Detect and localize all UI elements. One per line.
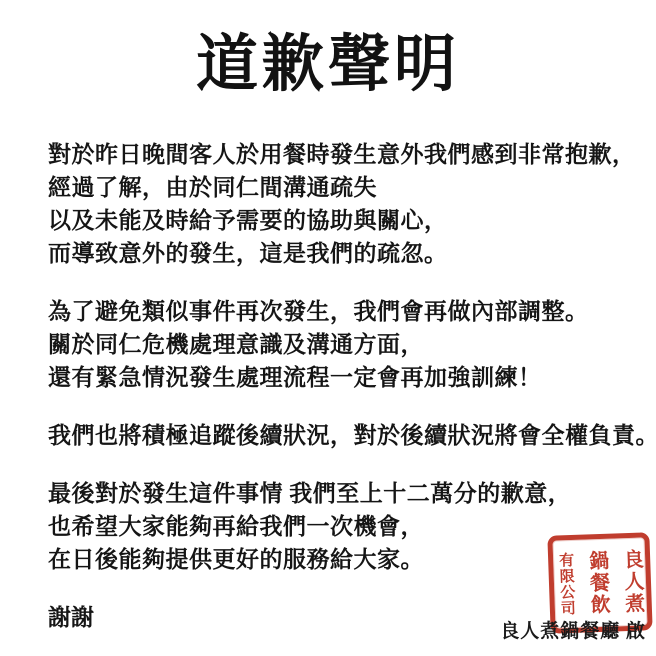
text-line: 對於昨日晚間客人於用餐時發生意外我們感到非常抱歉， — [48, 138, 636, 171]
page-title: 道歉聲明 — [0, 30, 656, 101]
text-line: 還有緊急情況發生處理流程一定會再加強訓練！ — [48, 361, 636, 394]
seal-column-right: 良人煮 — [621, 549, 643, 616]
paragraph-incident: 對於昨日晚間客人於用餐時發生意外我們感到非常抱歉， 經過了解，由於同仁間溝通疏失… — [48, 138, 636, 270]
text-line: 我們也將積極追蹤後續狀況，對於後續狀況將會全權負責。 — [48, 419, 636, 452]
paragraph-measures: 為了避免類似事件再次發生，我們會再做內部調整。 關於同仁危機處理意識及溝通方面，… — [48, 295, 636, 394]
seal-column-middle: 鍋餐飲 — [586, 550, 608, 617]
signature-restaurant: 良人煮鍋餐廳 啟 — [500, 616, 646, 643]
apology-statement-page: 道歉聲明 對於昨日晚間客人於用餐時發生意外我們感到非常抱歉， 經過了解，由於同仁… — [0, 0, 656, 656]
statement-body: 對於昨日晚間客人於用餐時發生意外我們感到非常抱歉， 經過了解，由於同仁間溝通疏失… — [48, 138, 636, 656]
text-line: 以及未能及時給予需要的協助與關心， — [48, 204, 636, 237]
text-line: 為了避免類似事件再次發生，我們會再做內部調整。 — [48, 295, 636, 328]
text-line: 而導致意外的發生，這是我們的疏忽。 — [48, 237, 636, 270]
text-line: 關於同仁危機處理意識及溝通方面， — [48, 328, 636, 361]
text-line: 也希望大家能夠再給我們一次機會， — [48, 510, 636, 543]
seal-column-left: 有限公司 — [557, 552, 574, 616]
text-line: 經過了解，由於同仁間溝通疏失 — [48, 171, 636, 204]
paragraph-responsibility: 我們也將積極追蹤後續狀況，對於後續狀況將會全權負責。 — [48, 419, 636, 452]
text-line: 最後對於發生這件事情 我們至上十二萬分的歉意， — [48, 477, 636, 510]
